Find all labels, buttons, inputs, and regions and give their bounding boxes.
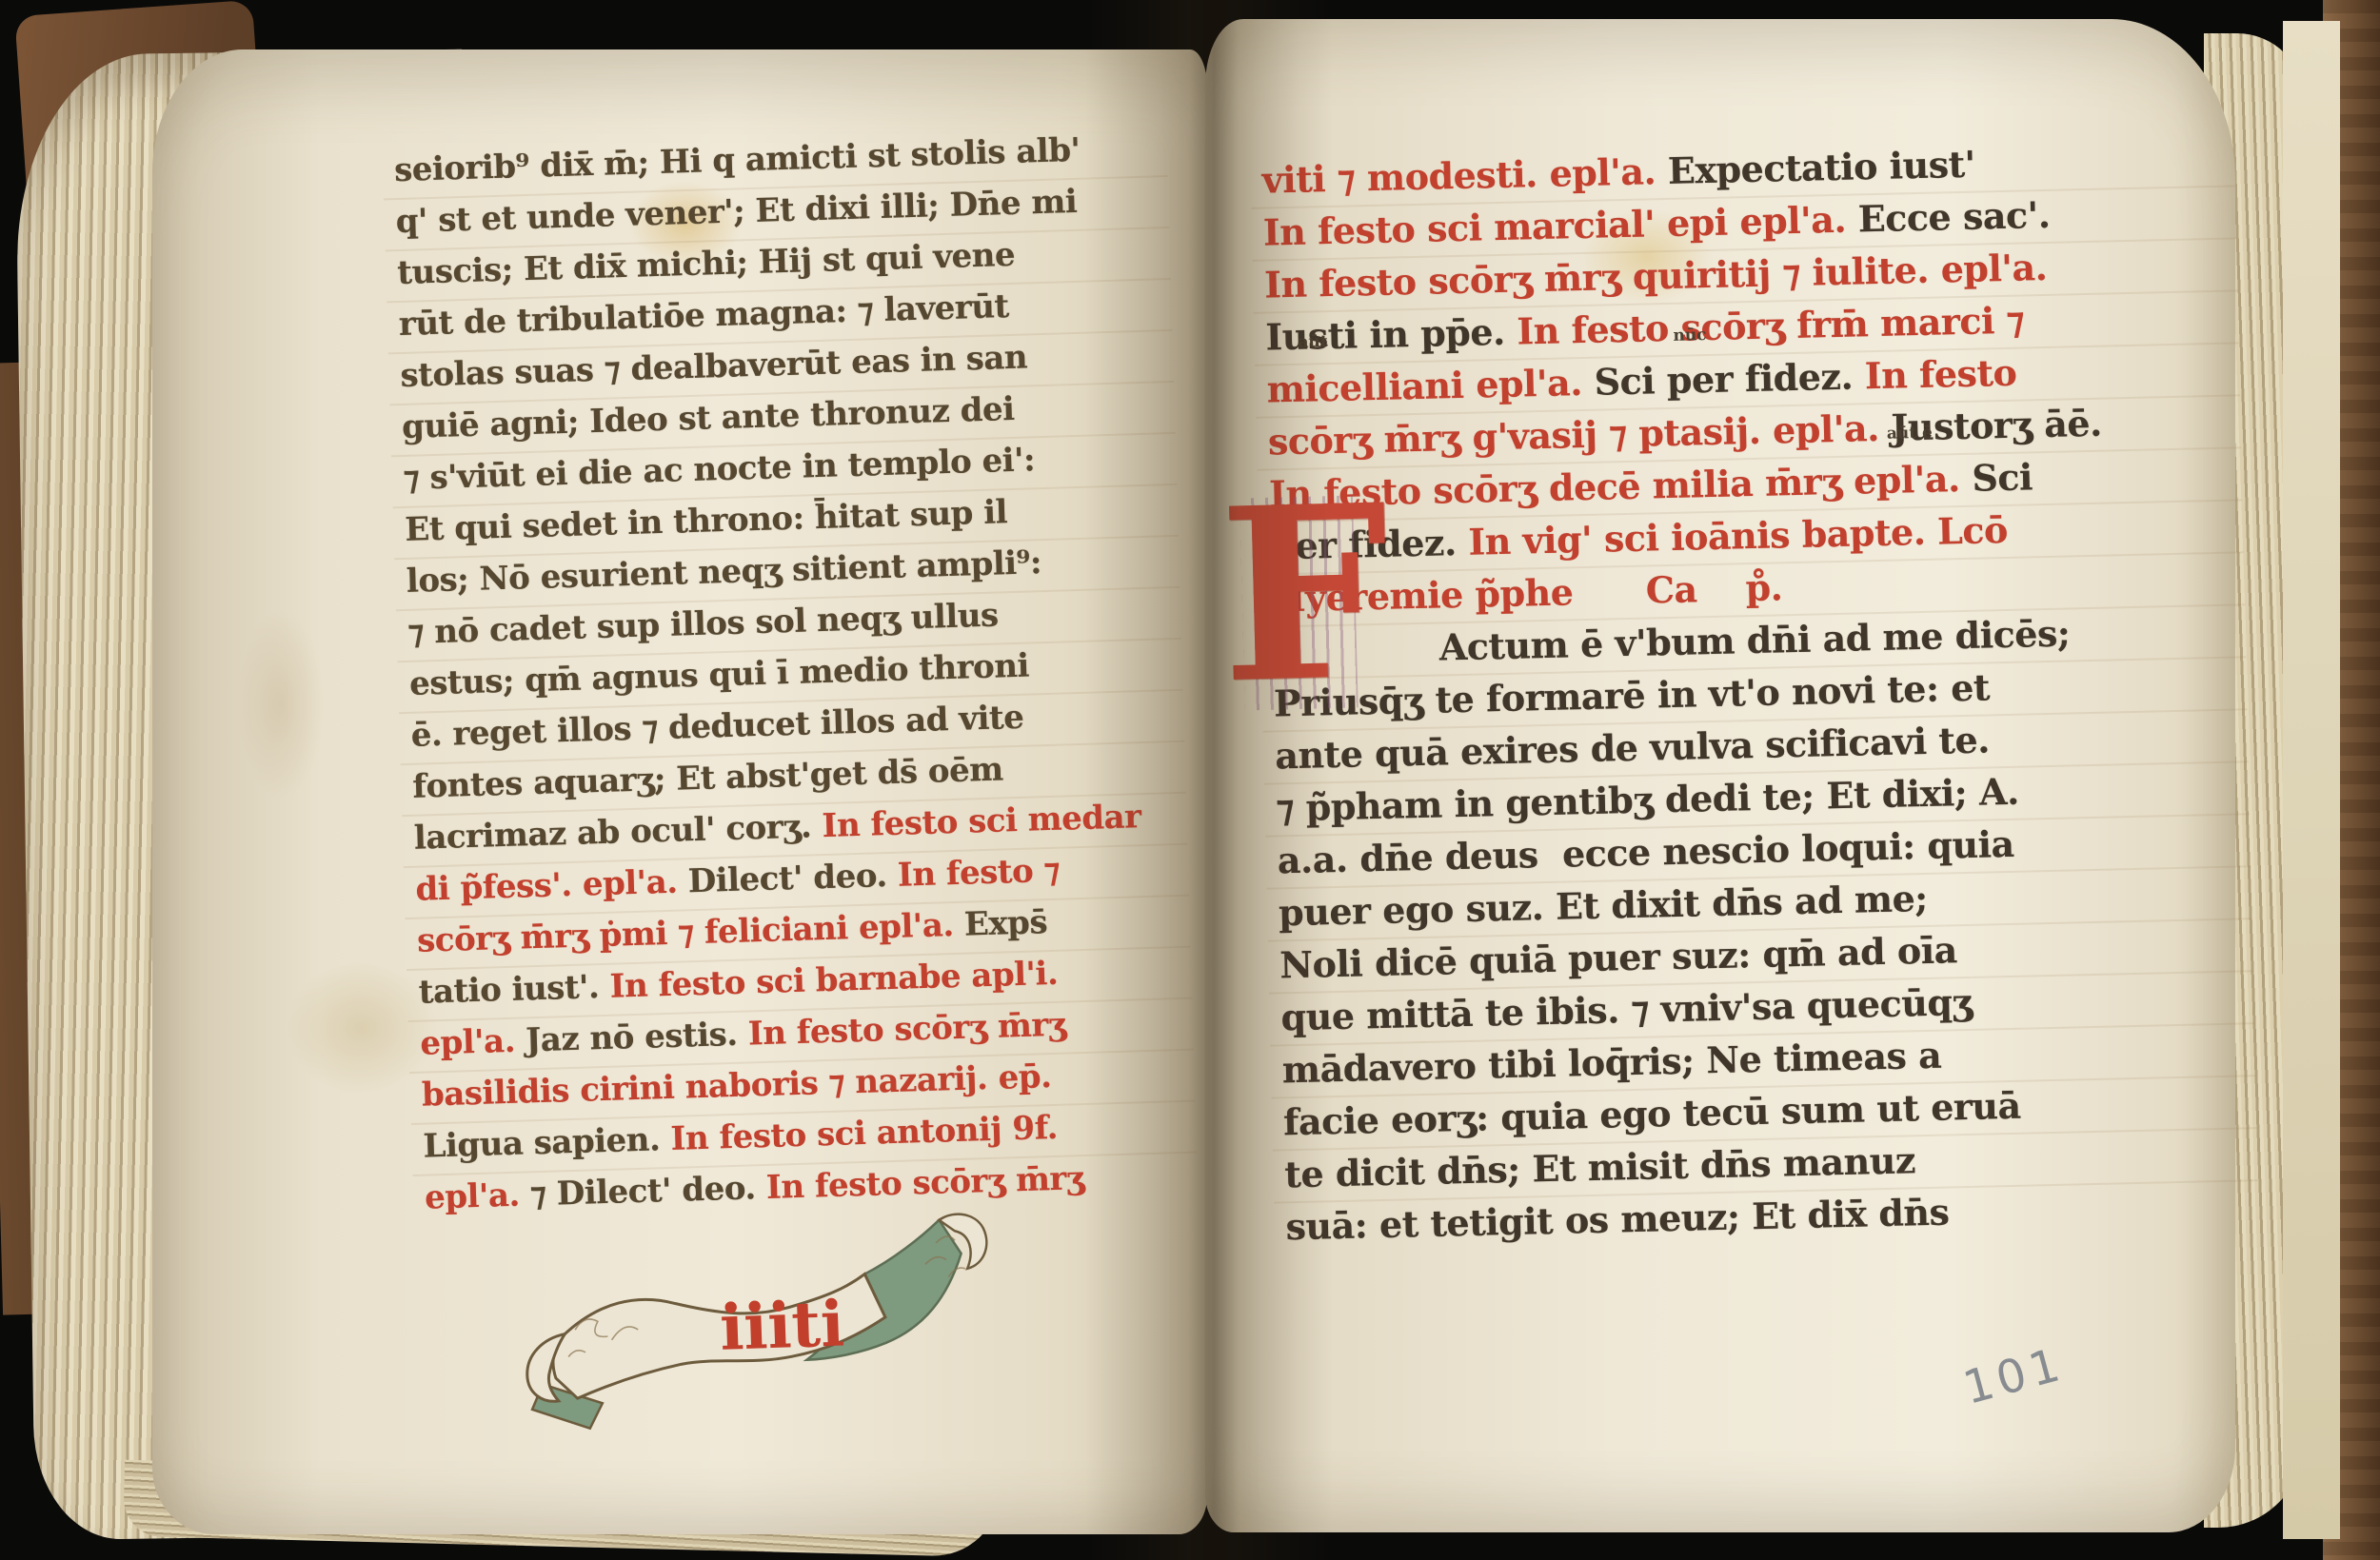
text-segment: In festo sci antonij 9f. xyxy=(670,1109,1059,1158)
text-segment: In vig' sci ioānis bapte. Lcō xyxy=(1468,508,2008,563)
text-segment: In festo scōrʒ m̄rʒ xyxy=(747,1006,1066,1054)
quire-banner-scroll: iiiti xyxy=(508,1208,1034,1437)
manuscript-photo: seiorib⁹ dix̄ m̄; Hi q amicti st stolis … xyxy=(0,0,2380,1560)
text-segment: Ecce sac'. xyxy=(1857,193,2051,241)
text-segment: Exps̄ xyxy=(963,903,1047,944)
text-segment: In festo ⁊ xyxy=(897,852,1060,895)
text-segment: Actum ē v'bum dn̄i ad me dicēs; xyxy=(1438,611,2070,668)
text-segment: In festo scōrʒ frm̄ marci ⁊ xyxy=(1517,298,2025,352)
text-segment: di p̃fess'. epl'a. xyxy=(415,862,688,908)
text-segment: te dicit dn̄s; Et misit dn̄s manuz xyxy=(1284,1138,1916,1195)
text-segment: In festo sci marcial' epi epl'a. xyxy=(1262,197,1858,253)
text-segment: Dilect' deo. xyxy=(687,857,898,901)
text-segment: epl'a. xyxy=(425,1175,531,1216)
right-text-column: aūt nūc aūt ē viti ⁊ modesti. epl'a. Exp… xyxy=(1261,132,2248,1254)
text-segment: In festo sci barnabe apl'i. xyxy=(609,955,1059,1006)
text-segment: scōrʒ m̄rʒ ṗmi ⁊ feliciani epl'a. xyxy=(417,906,965,960)
interlinear-gloss: nūc xyxy=(1673,309,1707,363)
left-text-column: seiorib⁹ dix̄ m̄; Hi q amicti st stolis … xyxy=(393,122,1186,1223)
interlinear-gloss: aūt ē xyxy=(1886,407,1933,461)
decorated-initial-letter: F xyxy=(1217,472,1380,735)
text-segment: In festo sci medar xyxy=(822,798,1141,845)
text-segment: viti ⁊ modesti. epl'a. xyxy=(1261,149,1668,202)
text-segment: Sci per fidez. xyxy=(1594,354,1865,403)
text-segment: Jaz nō estis. xyxy=(526,1015,749,1059)
text-segment: ⁊ Dilect' deo. xyxy=(529,1169,766,1214)
text-segment: tatio iust'. xyxy=(418,968,610,1012)
text-segment: suā: et tetigit os meuz; Et dix̄ dn̄s xyxy=(1285,1191,1950,1249)
pastedown-strip xyxy=(2283,21,2340,1539)
interlinear-gloss: aūt xyxy=(1298,316,1328,369)
text-segment: epl'a. xyxy=(420,1021,526,1062)
text-segment: In festo xyxy=(1864,351,2016,398)
text-segment: Expectatio iust' xyxy=(1667,143,1975,192)
text-segment: Ligua sapien. xyxy=(423,1120,671,1166)
text-segment: lacrimaz ab ocul' corʒ. xyxy=(413,807,823,858)
text-segment: In festo scōrʒ m̄rʒ xyxy=(765,1159,1084,1207)
banner-label: iiiti xyxy=(719,1286,845,1365)
text-segment: Sci xyxy=(1972,455,2033,499)
